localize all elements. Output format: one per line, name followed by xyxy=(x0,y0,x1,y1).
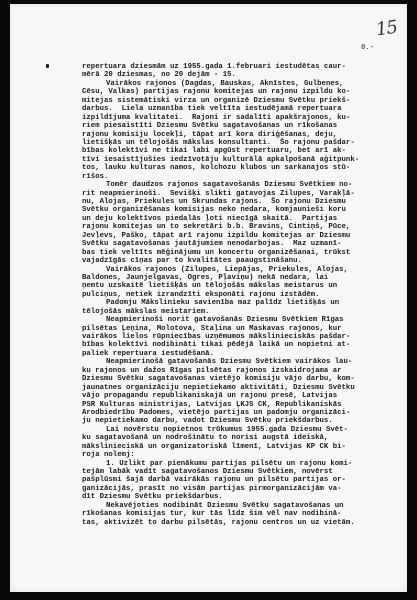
text-line: pašplūsmi šajā darbā vairākās rajonu un … xyxy=(82,476,407,484)
text-line: Vairākos rajonos (Zilupes, Liepājas, Pri… xyxy=(82,266,407,274)
text-line: repertuara dziesmām uz 1955.gada 1.febru… xyxy=(82,63,407,71)
text-line: paliek repertuara iestudēšanā. xyxy=(82,350,407,358)
text-line: nu, Alojas, Priekules un Skrundas rajons… xyxy=(82,198,407,206)
text-line: ku rajonos un dažos Rīgas pilsētas rajon… xyxy=(82,367,407,375)
text-line: Cēsu, Valkas) partijas rajonu komitejas … xyxy=(82,88,407,96)
text-line: bības kolektīvi ne tikai labi apgūst rep… xyxy=(82,147,407,155)
text-line: Lai novērstu nopietnos trūkumus 1955.gad… xyxy=(82,426,407,434)
paragraph-p6: Neapmierinoši norit gatavošanās Dziesmu … xyxy=(82,316,407,358)
text-line: Neapmierinošā gatavošanās Dziesmu Svētki… xyxy=(82,358,407,366)
text-line: pilsētas Ļeņina, Molotova, Staļina un Ma… xyxy=(82,325,407,333)
paragraph-p1: repertuara dziesmām uz 1955.gada 1.febru… xyxy=(82,63,407,80)
text-line: Arodbiedrību Padomes, vietējo partijas u… xyxy=(82,409,407,417)
text-line: tas, aktivizēt to darbu pilsētās, rajonu… xyxy=(82,519,407,527)
paragraph-p10: Nekavējoties nodibināt Dziesmu Svētku sa… xyxy=(82,502,407,527)
text-line: izpildījuma kvalitatei. Rajoni ir sadalī… xyxy=(82,114,407,122)
document-page: 15 8.- repertuara dziesmām uz 1955.gada … xyxy=(10,4,407,592)
text-line: mitejas sistemātiski virza un organizē D… xyxy=(82,97,407,105)
text-line: vajadzīgās cīņas par to kvalitātes paaug… xyxy=(82,257,407,265)
text-line: ņemtu uzskaitē lietišķās un tēlojošās mā… xyxy=(82,282,407,290)
text-line: PSR Kulturas ministrijas, Latvijas ĻKJS … xyxy=(82,401,407,409)
text-line: Padomju Mākslinieku savienība maz palīdz… xyxy=(82,299,407,307)
text-line: dīt Dziesmu Svētku priekšdarbus. xyxy=(82,493,407,501)
typewritten-body: repertuara dziesmām uz 1955.gada 1.febru… xyxy=(82,63,407,527)
text-line: bas tiek veltīts mēģinājumu un koncertu … xyxy=(82,249,407,257)
text-line: rīšos. xyxy=(82,173,407,181)
text-line: rit neapmierinoši. Sevišķi slikti gatavo… xyxy=(82,190,407,198)
text-line: vairākos lielos rūpniecības uzņēmumos mā… xyxy=(82,333,407,341)
handwritten-folio-number: 15 xyxy=(375,17,399,41)
text-line: Svētku sagatavošanas jautājumiem nenodar… xyxy=(82,240,407,248)
text-line: tos, lauku kulturas namos, kolchozu klub… xyxy=(82,164,407,172)
text-line: Jevļevs, Paško, tāpat arī rajonu izpildu… xyxy=(82,232,407,240)
text-line: roja nolemj: xyxy=(82,451,407,459)
text-line: Nekavējoties nodibināt Dziesmu Svētku sa… xyxy=(82,502,407,510)
text-line: Neapmierinoši norit gatavošanās Dziesmu … xyxy=(82,316,407,324)
text-line: Dziesmu Svētku sagatavošanas vietējo kom… xyxy=(82,375,407,383)
text-line: ju nepietiekamo darbu, vadot Dziesmu Svē… xyxy=(82,417,407,425)
text-line: 1. Uzlikt par pienākumu partijas pilsētu… xyxy=(82,460,407,468)
text-line: ku sagatavošanā un nodrošinātu to norisi… xyxy=(82,434,407,442)
paragraph-p5: Padomju Mākslinieku savienība maz palīdz… xyxy=(82,299,407,316)
paragraph-p8: Lai novērstu nopietnos trūkumus 1955.gad… xyxy=(82,426,407,460)
text-line: darbus. Liela uzmanība tiek veltīta iest… xyxy=(82,105,407,113)
text-line: riem piesaistīti Dziesmu Svētku sagatavo… xyxy=(82,122,407,130)
paragraph-p2: Vairākos rajonos (Dagdas, Bauskas, Aknīs… xyxy=(82,80,407,181)
text-line: ganizācijās, prasīt no visām partijas pi… xyxy=(82,485,407,493)
text-line: tīvi iesaistījušies iedzīvotāju kulturāl… xyxy=(82,156,407,164)
text-line: Vairākos rajonos (Dagdas, Bauskas, Aknīs… xyxy=(82,80,407,88)
text-line: jaunatnes organizāciju nepietiekamo akti… xyxy=(82,384,407,392)
text-line: Svētku organizēšanas komisijas neko neda… xyxy=(82,206,407,214)
text-line: tejām labāk vadīt sagatavošanos Dziesmu … xyxy=(82,468,407,476)
text-line: mērā 20 dziesmas, no 20 dejām - 15. xyxy=(82,71,407,79)
paragraph-p4: Vairākos rajonos (Zilupes, Liepājas, Pri… xyxy=(82,266,407,300)
text-line: rīkošanas komisijas tur, kur tās līdz ši… xyxy=(82,510,407,518)
paragraph-p7: Neapmierinošā gatavošanās Dziesmu Svētki… xyxy=(82,358,407,426)
paragraph-p3: Tomēr daudzos rajonos sagatavošanās Dzie… xyxy=(82,181,407,265)
text-line: tēlojošās mākslas meistariem. xyxy=(82,308,407,316)
text-line: vājo propagandu republikaniskajā un rajo… xyxy=(82,392,407,400)
text-line: pulciņus, netiek izrandzīti eksponāti ra… xyxy=(82,291,407,299)
margin-mark-icon xyxy=(46,64,49,68)
text-line: un deju kolektīvos piedalās ļoti niecīgā… xyxy=(82,215,407,223)
text-line: rajonu komisiju locekļi, tāpat arī kora … xyxy=(82,131,407,139)
paragraph-p9: 1. Uzlikt par pienākumu partijas pilsētu… xyxy=(82,460,407,502)
text-line: Tomēr daudzos rajonos sagatavošanās Dzie… xyxy=(82,181,407,189)
text-line: Baldones, Jaunjelgavas, Ogres, Pļaviņu) … xyxy=(82,274,407,282)
text-line: rajonu komitejas un to sekretāri b.b. Br… xyxy=(82,223,407,231)
text-line: bības kolektīvi nodibināti tikai pēdējā … xyxy=(82,341,407,349)
text-line: lietišķās un tēlojošās mākslas konsultan… xyxy=(82,139,407,147)
page-number: 8.- xyxy=(361,44,374,52)
text-line: mākslinieciskā un organizatoriskā līmenī… xyxy=(82,443,407,451)
